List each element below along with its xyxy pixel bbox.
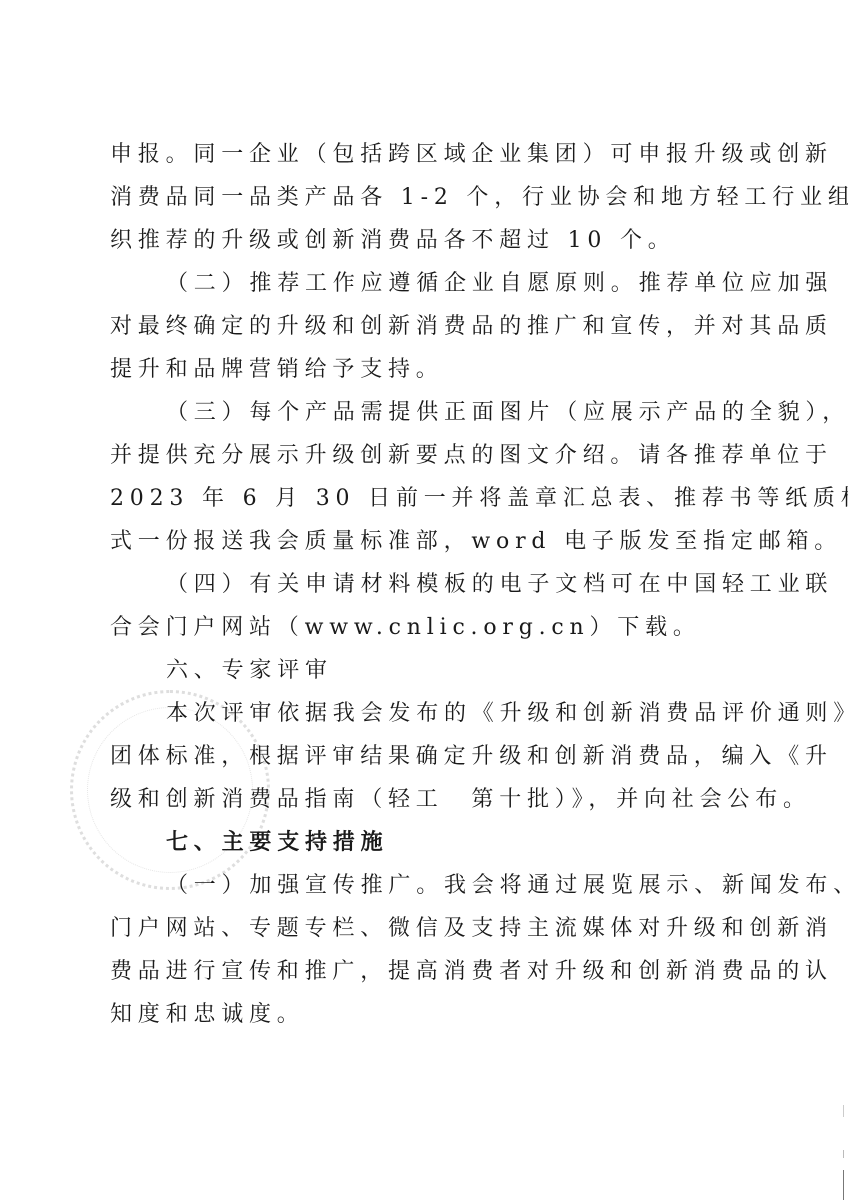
paragraph-line: 消费品同一品类产品各 1-2 个，行业协会和地方轻工行业组 (110, 183, 750, 226)
document-page: 申报。同一企业（包括跨区域企业集团）可申报升级或创新 消费品同一品类产品各 1-… (0, 0, 848, 1200)
paragraph-line: 费品进行宣传和推广，提高消费者对升级和创新消费品的认 (110, 957, 750, 1000)
paragraph-line: 2023 年 6 月 30 日前一并将盖章汇总表、推荐书等纸质材料一 (110, 484, 750, 527)
paragraph-line: 织推荐的升级或创新消费品各不超过 10 个。 (110, 226, 750, 269)
scan-edge-artifact (843, 1105, 844, 1117)
paragraph-line: 门户网站、专题专栏、微信及支持主流媒体对升级和创新消 (110, 914, 750, 957)
paragraph-line: 式一份报送我会质量标准部，word 电子版发至指定邮箱。 (110, 527, 750, 570)
scan-edge-artifact (843, 1170, 844, 1200)
scan-edge-artifact (843, 1150, 844, 1158)
paragraph-line: 级和创新消费品指南（轻工 第十批）》，并向社会公布。 (110, 785, 750, 828)
paragraph-line: 并提供充分展示升级创新要点的图文介绍。请各推荐单位于 (110, 441, 750, 484)
paragraph-line: 提升和品牌营销给予支持。 (110, 355, 750, 398)
document-body: 申报。同一企业（包括跨区域企业集团）可申报升级或创新 消费品同一品类产品各 1-… (110, 140, 750, 1043)
paragraph-line-item-3: （三）每个产品需提供正面图片（应展示产品的全貌）， (110, 398, 750, 441)
paragraph-line: 知度和忠诚度。 (110, 1000, 750, 1043)
section-heading-expert-review: 六、专家评审 (110, 656, 750, 699)
paragraph-line: 合会门户网站（www.cnlic.org.cn）下载。 (110, 613, 750, 656)
paragraph-line-item-2: （二）推荐工作应遵循企业自愿原则。推荐单位应加强 (110, 269, 750, 312)
paragraph-line: 申报。同一企业（包括跨区域企业集团）可申报升级或创新 (110, 140, 750, 183)
section-heading-support-measures: 七、主要支持措施 (110, 828, 750, 871)
paragraph-line-item-4: （四）有关申请材料模板的电子文档可在中国轻工业联 (110, 570, 750, 613)
paragraph-line: 团体标准，根据评审结果确定升级和创新消费品，编入《升 (110, 742, 750, 785)
paragraph-line: 本次评审依据我会发布的《升级和创新消费品评价通则》 (110, 699, 750, 742)
paragraph-line-item-1: （一）加强宣传推广。我会将通过展览展示、新闻发布、 (110, 871, 750, 914)
paragraph-line: 对最终确定的升级和创新消费品的推广和宣传，并对其品质 (110, 312, 750, 355)
